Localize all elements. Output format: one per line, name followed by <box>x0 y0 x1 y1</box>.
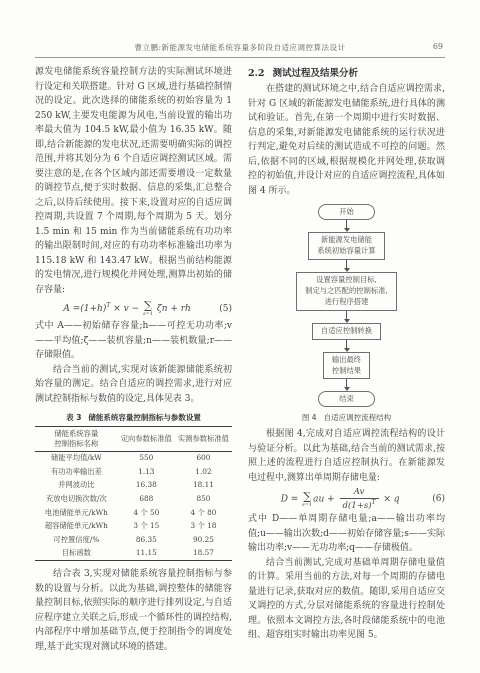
table-row: 储能平均值/kW550600 <box>35 451 232 465</box>
sum-symbol: ∑s=1 <box>143 300 153 317</box>
left-paragraph-4: 结合表 3,实现对储能系统容量控制指标与参数的设置与分析。以此为基础,调控整体的… <box>35 567 232 654</box>
right-paragraph-2: 根据图 4,完成对自适应调控流程结构的设计与验证分析。以此为基础,结合当前的测试… <box>248 427 445 485</box>
table-header-measured: 实测参数标准值 <box>175 427 232 452</box>
table-row: 目标函数11.1518.57 <box>35 547 232 561</box>
table-3: 储能系统容量 控制指标名称 定向参数标准值 实测参数标准值 储能平均值/kW55… <box>35 426 232 561</box>
table-row: 并网波动比16.3818.11 <box>35 479 232 493</box>
page-number: 69 <box>433 42 443 51</box>
right-paragraph-1: 在搭建的测试环境之中,结合自适应调控需求,针对 G 区域的新能源发电储能系统,进… <box>248 82 445 198</box>
right-paragraph-4: 结合当前测试,完成对基础单周期存储电量值的计算。采用当前的方法,对每一个周期的存… <box>248 556 445 643</box>
table-row: 充放电切换次数/次688850 <box>35 492 232 506</box>
down-arrow-icon <box>346 340 347 348</box>
section-heading-2-2: 2.2测试过程及结果分析 <box>248 65 445 79</box>
figure-4-caption: 图 4自适应调控流程结构 <box>248 412 445 423</box>
flow-node-start: 开始 <box>318 204 375 220</box>
left-column: 源发电储能系统容量控制方法的实际测试环境进行设定和关联搭建。针对 G 区域,进行… <box>35 65 232 654</box>
table-header-row: 储能系统容量 控制指标名称 定向参数标准值 实测参数标准值 <box>35 427 232 452</box>
down-arrow-icon <box>346 220 347 228</box>
sum-symbol: ∑s=1 <box>302 491 312 508</box>
fraction: Avd(1+s)T <box>340 488 379 510</box>
table-row: 电池储能单元/kWh4 个 504 个 80 <box>35 506 232 520</box>
figure-4: 开始 新能源发电储能 系统初始容量计算 设置容量控制目标, 制定与之匹配的控制标… <box>248 204 445 423</box>
left-paragraph-1: 源发电储能系统容量控制方法的实际测试环境进行设定和关联搭建。针对 G 区域,进行… <box>35 65 232 297</box>
table-header-indicator: 储能系统容量 控制指标名称 <box>35 427 118 452</box>
down-arrow-icon <box>346 260 347 268</box>
right-column: 2.2测试过程及结果分析 在搭建的测试环境之中,结合自适应调控需求,针对 G 区… <box>248 65 445 654</box>
header-rule <box>35 57 445 58</box>
page-header: 曹立鹏:新能源发电储能系统容量多阶段自适应调控算法设计 69 <box>35 42 445 53</box>
flow-node-output-result: 输出最终 控制结果 <box>323 352 370 380</box>
table-header-directional: 定向参数标准值 <box>118 427 175 452</box>
equation-5-body: A =(1+h)T × v − ∑s=1 ζn + rh <box>35 300 219 317</box>
right-paragraph-3-variables: 式中 D——单周期存储电量;a——输出功率均值;u——输出次数;d——初始存储容… <box>248 512 445 556</box>
running-title: 曹立鹏:新能源发电储能系统容量多阶段自适应调控算法设计 <box>134 43 345 52</box>
down-arrow-icon <box>346 379 347 387</box>
table-row: 有功功率输出差1.131.02 <box>35 465 232 479</box>
flow-node-adaptive-control: 自适应控制转换 <box>312 323 381 340</box>
table-row: 可控置信度/%86.3590.25 <box>35 533 232 547</box>
table-3-caption: 表 3储能系统容量控制指标与参数设置 <box>35 412 232 423</box>
down-arrow-icon <box>346 311 347 319</box>
two-column-body: 源发电储能系统容量控制方法的实际测试环境进行设定和关联搭建。针对 G 区域,进行… <box>35 65 445 654</box>
table-row: 超容储能单元/kWh3 个 153 个 18 <box>35 520 232 534</box>
left-paragraph-2-variables: 式中 A——初始储存容量;h——可控无功功率;v——平均值;ζ——装机容量;n—… <box>35 319 232 363</box>
flow-node-initial-capacity: 新能源发电储能 系统初始容量计算 <box>308 232 384 260</box>
equation-5-number: (5) <box>219 304 232 314</box>
equation-6: D = ∑s=1au + Avd(1+s)T × q (6) <box>248 488 445 510</box>
equation-5: A =(1+h)T × v − ∑s=1 ζn + rh (5) <box>35 300 232 317</box>
paper-page: 曹立鹏:新能源发电储能系统容量多阶段自适应调控算法设计 69 源发电储能系统容量… <box>0 0 480 673</box>
flow-node-end: 结束 <box>318 391 375 407</box>
equation-6-number: (6) <box>432 494 445 504</box>
left-paragraph-3: 结合当前的测试,实现对该新能源储能系统初始容量的测定。结合自适应的调控需求,进行… <box>35 363 232 407</box>
equation-6-body: D = ∑s=1au + Avd(1+s)T × q <box>248 488 432 510</box>
flow-node-set-targets: 设置容量控制目标, 制定与之匹配的控制标准, 进行程序搭建 <box>296 272 397 311</box>
flowchart: 开始 新能源发电储能 系统初始容量计算 设置容量控制目标, 制定与之匹配的控制标… <box>248 204 445 407</box>
